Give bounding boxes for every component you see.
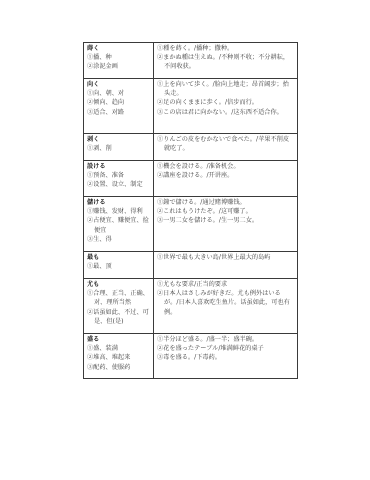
headword: 蒔く [87,44,150,53]
word-cell: 盛る ①盛、装满 ②堆高、堆起来 ③配药、使服药 [84,334,154,379]
meaning: ①合理、正当、正确、对、理所当然 [87,289,150,307]
meaning: ③生、得 [87,235,150,244]
example-sentence: ①半分ほど盛る。/盛一半；盛半碗。 [157,335,294,344]
table-row: 最も ①最、顶 ①世界で最も大きい島/世界上最大的岛屿 [84,252,298,279]
example-cell: ①半分ほど盛る。/盛一半；盛半碗。 ②花を盛ったテーブル/堆满鲜花的桌子 ③毒を… [154,334,298,379]
meaning: ②堆高、堆起来 [87,353,150,362]
example-sentence: ③この店は君に向かない。/这东西不适合你。 [157,108,294,117]
meaning: ①赚钱、发财、得利 [87,207,150,216]
word-cell: 尤も ①合理、正当、正确、对、理所当然 ②话虽如此、不过、可是、但(是) [84,279,154,334]
example-sentence: ①機会を設ける。/准备机会。 [157,162,294,171]
headword: 最も [87,253,150,262]
meaning: ②设置、设立、制定 [87,180,150,189]
example-sentence: ②講座を設ける。/开讲座。 [157,171,294,180]
meaning: ②倾向、趋向 [87,98,150,107]
meaning: ①剥、削 [87,144,150,153]
table-row: 向く ①向、朝、对 ②倾向、趋向 ③适合、对路 ①上を向いて歩く。/脸向上地走；… [84,79,298,134]
example-cell: ①尤もな要求/正当的要求 ②日本人はさしみが好きだ。尤も例外はいるが。/日本人喜… [154,279,298,334]
meaning: ②占便宜、赚便宜、捡便宜 [87,216,150,234]
meaning: ②话虽如此、不过、可是、但(是) [87,308,150,326]
meaning: ①盛、装满 [87,344,150,353]
meaning: ②涂泥金画 [87,62,150,71]
table-row: 盛る ①盛、装满 ②堆高、堆起来 ③配药、使服药 ①半分ほど盛る。/盛一半；盛半… [84,334,298,379]
example-sentence: ③一男二女を儲ける。/生一男二女。 [157,216,294,225]
headword: 盛る [87,335,150,344]
example-sentence: ①世界で最も大きい島/世界上最大的岛屿 [157,253,294,262]
table-row: 蒔く ①播、种 ②涂泥金画 ①種を蒔く。/播种；撒种。 ②まかぬ種は生えぬ。/不… [84,43,298,79]
word-cell: 設ける ①预备、准备 ②设置、设立、制定 [84,161,154,197]
example-cell: ①鐘で儲ける。/通过赌博赚钱。 ②これはもうけたぞ。/这可赚了。 ③一男二女を儲… [154,197,298,252]
table-row: 儲ける ①赚钱、发财、得利 ②占便宜、赚便宜、捡便宜 ③生、得 ①鐘で儲ける。/… [84,197,298,252]
headword: 儲ける [87,198,150,207]
meaning: ③适合、对路 [87,108,150,117]
meaning: ①预备、准备 [87,171,150,180]
example-sentence: ②日本人はさしみが好きだ。尤も例外はいるが。/日本人喜欢吃生鱼片。话虽如此，可也… [157,289,294,317]
example-sentence: ②花を盛ったテーブル/堆满鲜花的桌子 [157,344,294,353]
example-sentence: ①鐘で儲ける。/通过赌博赚钱。 [157,198,294,207]
headword: 向く [87,80,150,89]
document-page: 蒔く ①播、种 ②涂泥金画 ①種を蒔く。/播种；撒种。 ②まかぬ種は生えぬ。/不… [0,0,370,480]
example-cell: ①種を蒔く。/播种；撒种。 ②まかぬ種は生えぬ。/不种则不收；不分耕耘，不问收获… [154,43,298,79]
headword: 設ける [87,162,150,171]
example-cell: ①機会を設ける。/准备机会。 ②講座を設ける。/开讲座。 [154,161,298,197]
vocabulary-table: 蒔く ①播、种 ②涂泥金画 ①種を蒔く。/播种；撒种。 ②まかぬ種は生えぬ。/不… [83,42,298,379]
example-sentence: ②これはもうけたぞ。/这可赚了。 [157,207,294,216]
example-sentence: ①尤もな要求/正当的要求 [157,280,294,289]
example-sentence: ②まかぬ種は生えぬ。/不种则不收；不分耕耘，不问收获。 [157,53,294,71]
meaning: ①播、种 [87,53,150,62]
example-sentence: ①種を蒔く。/播种；撒种。 [157,44,294,53]
headword: 剥く [87,135,150,144]
word-cell: 蒔く ①播、种 ②涂泥金画 [84,43,154,79]
headword: 尤も [87,280,150,289]
example-sentence: ③毒を盛る。/下毒药。 [157,353,294,362]
meaning: ①向、朝、对 [87,89,150,98]
word-cell: 最も ①最、顶 [84,252,154,279]
meaning: ①最、顶 [87,262,150,271]
example-sentence: ①りんごの皮をむかないで食べた。/苹果不削皮就吃了。 [157,135,294,153]
example-sentence: ②足の向くままに歩く。/信步而行。 [157,98,294,107]
word-cell: 剥く ①剥、削 [84,134,154,161]
example-sentence: ①上を向いて歩く。/脸向上地走；昂首阔步；抬头走。 [157,80,294,98]
example-cell: ①上を向いて歩く。/脸向上地走；昂首阔步；抬头走。 ②足の向くままに歩く。/信步… [154,79,298,134]
word-cell: 儲ける ①赚钱、发财、得利 ②占便宜、赚便宜、捡便宜 ③生、得 [84,197,154,252]
example-cell: ①世界で最も大きい島/世界上最大的岛屿 [154,252,298,279]
table-row: 設ける ①预备、准备 ②设置、设立、制定 ①機会を設ける。/准备机会。 ②講座を… [84,161,298,197]
word-cell: 向く ①向、朝、对 ②倾向、趋向 ③适合、对路 [84,79,154,134]
meaning: ③配药、使服药 [87,363,150,372]
table-row: 剥く ①剥、削 ①りんごの皮をむかないで食べた。/苹果不削皮就吃了。 [84,134,298,161]
table-row: 尤も ①合理、正当、正确、对、理所当然 ②话虽如此、不过、可是、但(是) ①尤も… [84,279,298,334]
example-cell: ①りんごの皮をむかないで食べた。/苹果不削皮就吃了。 [154,134,298,161]
